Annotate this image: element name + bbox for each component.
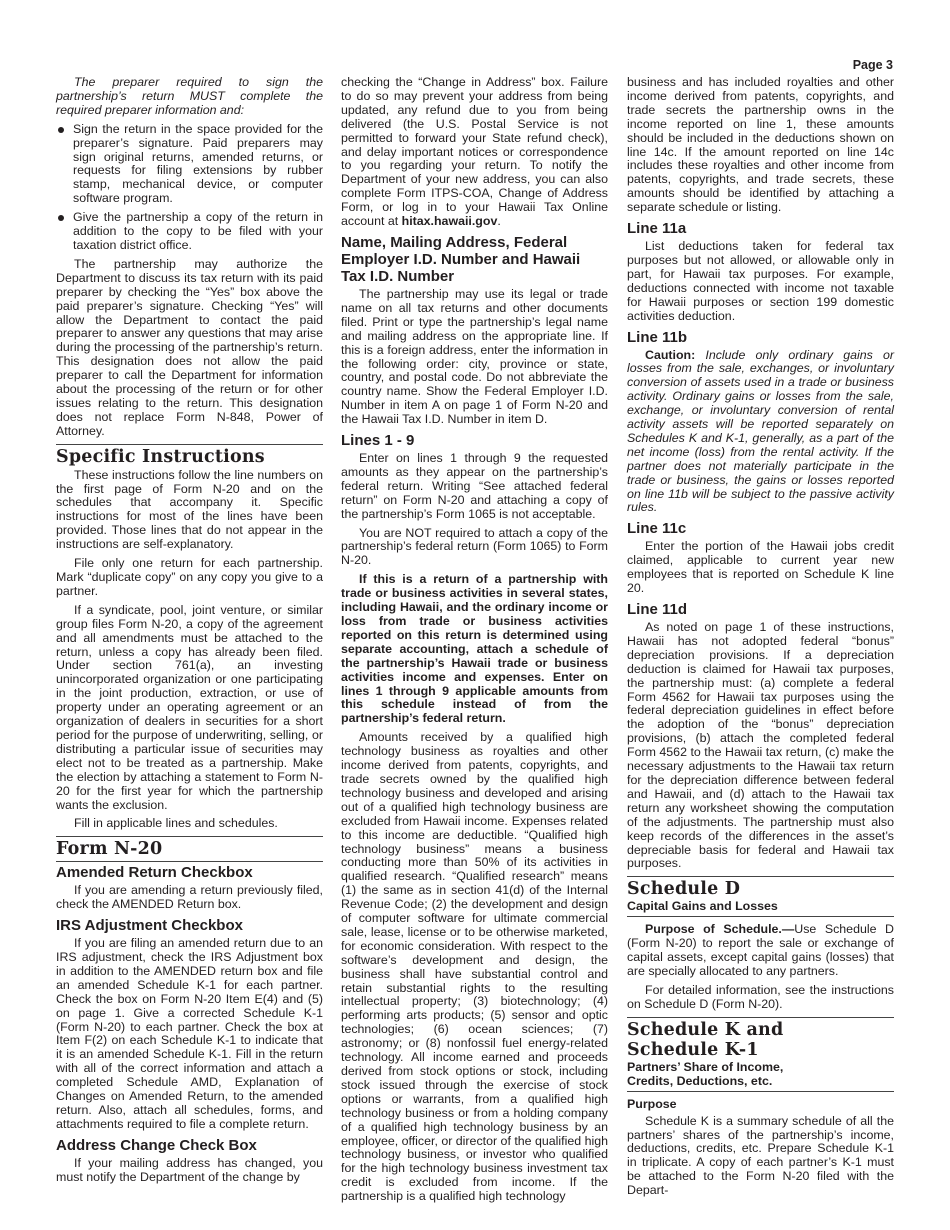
amended-paragraph: If you are amending a return previously … — [56, 884, 323, 912]
schedule-k-title: Schedule K andSchedule K-1 — [627, 1020, 894, 1060]
schedule-k-caption: Partners’ Share of Income,Credits, Deduc… — [627, 1060, 894, 1088]
paragraph: Fill in applicable lines and schedules. — [56, 817, 323, 831]
name-paragraph: The partnership may use its legal or tra… — [341, 288, 608, 427]
bullet-item: Give the partnership a copy of the retur… — [56, 211, 323, 253]
schedule-d-purpose: Purpose of Schedule.—Use Schedule D (For… — [627, 923, 894, 979]
paragraph: File only one return for each partnershi… — [56, 557, 323, 599]
line-11b-caution: Caution: Include only ordinary gains or … — [627, 349, 894, 516]
caution-label: Caution: — [645, 348, 695, 362]
address-continued-text: checking the “Change in Address” box. Fa… — [341, 75, 608, 228]
purpose-paragraph: Schedule K is a summary schedule of all … — [627, 1115, 894, 1198]
caution-text: Include only ordinary gains or losses fr… — [627, 348, 894, 515]
section-divider — [627, 916, 894, 917]
lines-paragraph: You are NOT required to attach a copy of… — [341, 527, 608, 569]
line-11c-heading: Line 11c — [627, 520, 894, 537]
paragraph: These instructions follow the line numbe… — [56, 469, 323, 552]
caption-line1: Partners’ Share of Income, — [627, 1060, 783, 1074]
section-divider — [627, 1091, 894, 1092]
paragraph: If a syndicate, pool, joint venture, or … — [56, 604, 323, 813]
high-tech-paragraph: Amounts received by a qualified high tec… — [341, 731, 608, 1204]
schedule-d-caption: Capital Gains and Losses — [627, 899, 894, 913]
preparer-bullet-list: Sign the return in the space provided fo… — [56, 123, 323, 253]
column-right: business and has included royalties and … — [627, 76, 894, 1203]
column-left: The preparer required to sign the partne… — [56, 76, 323, 1190]
section-divider — [627, 1017, 894, 1018]
period: . — [497, 214, 500, 228]
irs-paragraph: If you are filing an amended return due … — [56, 937, 323, 1132]
schedule-k-title-line1: Schedule K and — [627, 1020, 783, 1040]
line-11a-heading: Line 11a — [627, 220, 894, 237]
section-divider — [56, 444, 323, 445]
line-11a-paragraph: List deductions taken for federal tax pu… — [627, 240, 894, 323]
hitax-link[interactable]: hitax.hawaii.gov — [402, 214, 498, 228]
purpose-label: Purpose of Schedule.— — [645, 922, 794, 936]
schedule-d-title: Schedule D — [627, 879, 894, 899]
address-continued: checking the “Change in Address” box. Fa… — [341, 76, 608, 229]
address-paragraph: If your mailing address has changed, you… — [56, 1157, 323, 1185]
caption-line2: Credits, Deductions, etc. — [627, 1074, 772, 1088]
line-11d-paragraph: As noted on page 1 of these instructions… — [627, 621, 894, 871]
purpose-heading: Purpose — [627, 1098, 894, 1112]
page-number: Page 3 — [853, 58, 893, 72]
authorize-paragraph: The partnership may authorize the Depart… — [56, 258, 323, 439]
section-divider — [56, 836, 323, 837]
section-divider — [627, 876, 894, 877]
high-tech-continued: business and has included royalties and … — [627, 76, 894, 215]
form-n20-title: Form N-20 — [56, 839, 323, 859]
line-11b-heading: Line 11b — [627, 329, 894, 346]
specific-instructions-title: Specific Instructions — [56, 447, 323, 467]
line-11d-heading: Line 11d — [627, 601, 894, 618]
irs-adjustment-heading: IRS Adjustment Checkbox — [56, 917, 323, 934]
amended-return-heading: Amended Return Checkbox — [56, 864, 323, 881]
line-11c-paragraph: Enter the portion of the Hawaii jobs cre… — [627, 540, 894, 596]
separate-accounting-paragraph: If this is a return of a partnership wit… — [341, 573, 608, 726]
column-middle: checking the “Change in Address” box. Fa… — [341, 76, 608, 1209]
name-address-heading: Name, Mailing Address, Federal Employer … — [341, 234, 608, 285]
section-divider — [56, 861, 323, 862]
preparer-intro: The preparer required to sign the partne… — [56, 76, 323, 118]
lines-1-9-heading: Lines 1 - 9 — [341, 432, 608, 449]
schedule-d-detail: For detailed information, see the instru… — [627, 984, 894, 1012]
schedule-k-title-line2: Schedule K-1 — [627, 1040, 759, 1060]
lines-paragraph: Enter on lines 1 through 9 the requested… — [341, 452, 608, 522]
address-change-heading: Address Change Check Box — [56, 1137, 323, 1154]
bullet-item: Sign the return in the space provided fo… — [56, 123, 323, 206]
